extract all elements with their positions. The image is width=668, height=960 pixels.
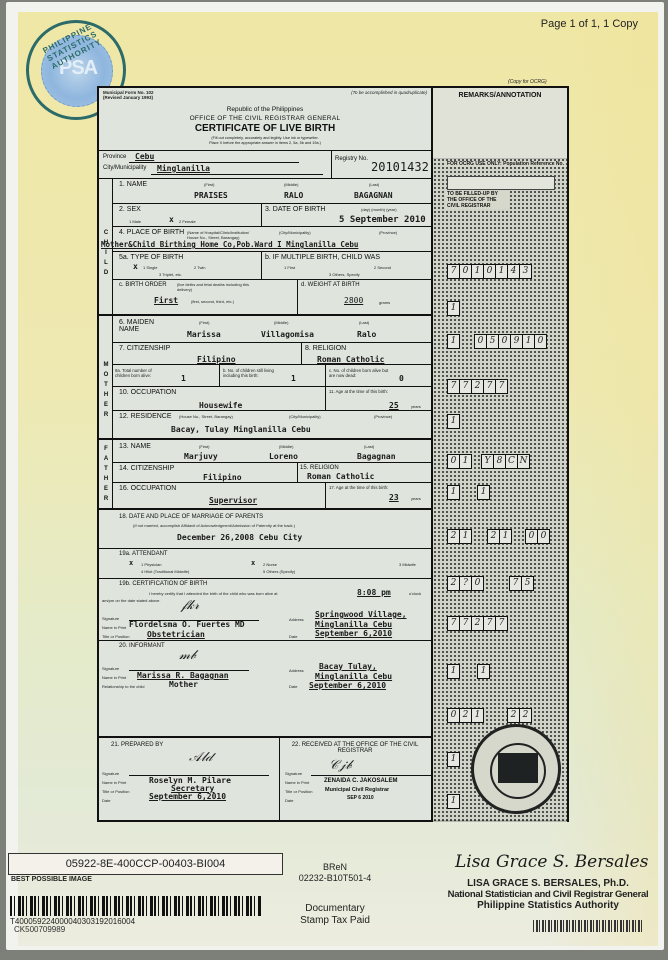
divider	[112, 482, 435, 483]
informant-date: September 6,2010	[309, 681, 386, 690]
residence-label: 12. RESIDENCE	[119, 413, 172, 420]
bren-number: 02232-B10T501-4	[290, 873, 380, 884]
certification-text: I hereby certify that I attended the bir…	[149, 591, 278, 596]
birth-order-label: c. BIRTH ORDER	[119, 282, 167, 288]
attendant-address-2: Minglanilla Cebu	[315, 620, 392, 629]
attendant-others: 5 Others (Specify)	[263, 569, 295, 574]
code-digit: 1	[459, 529, 472, 544]
last-name-hint: (Last)	[364, 444, 374, 449]
remarks-title: REMARKS/ANNOTATION	[433, 92, 567, 99]
residence-city-hint: (City/Municipality)	[289, 414, 321, 419]
stamp-emblem	[498, 753, 538, 783]
place-city-hint: (City/Municipality)	[279, 230, 311, 235]
quadruplicate-note: (To be accomplished in quadruplicate)	[351, 90, 427, 95]
father-age-unit: years	[411, 496, 421, 501]
middle-name-hint: (Middle)	[284, 182, 298, 187]
code-occupation: 01	[447, 454, 471, 469]
child-date-of-birth: 5 September 2010	[339, 215, 426, 225]
attendant-hilot: 4 Hilot (Traditional Midwife)	[141, 569, 189, 574]
oclock-label: o'clock	[409, 591, 421, 596]
divider	[301, 342, 302, 364]
attendant-date: September 6,2010	[315, 629, 392, 638]
divider	[325, 482, 326, 508]
stamp-tax-line-2: Stamp Tax Paid	[290, 915, 380, 927]
date-label: Date	[102, 798, 110, 803]
mother-middle-name: Villagomisa	[261, 330, 314, 339]
code-item: 1	[447, 334, 459, 349]
code-informant: 021	[447, 708, 483, 723]
code-attendant: 2?0	[447, 576, 483, 591]
divider	[297, 279, 298, 314]
code-item: 1	[447, 414, 459, 429]
sex-female-option: 2 Female	[179, 219, 196, 224]
divider	[112, 226, 435, 227]
divider	[99, 438, 431, 440]
middle-name-hint: (Middle)	[279, 444, 293, 449]
first-name-hint: (First)	[199, 320, 209, 325]
relationship-label: Relationship to the child	[102, 684, 144, 689]
registrar-general-signature: Lisa Grace S. Bersales	[455, 852, 648, 872]
stamp-tax-line-1: Documentary	[290, 903, 380, 915]
multiple-first: 1 First	[284, 265, 295, 270]
divider	[261, 251, 262, 279]
mother-citizenship-value: Filipino	[197, 355, 236, 364]
divider	[112, 316, 113, 440]
child-section-label: CHILD	[101, 228, 111, 278]
signature-label: Signature	[102, 771, 119, 776]
residence-value: Bacay, Tulay Minglanilla Cebu	[171, 425, 311, 434]
code-registry: 7010143	[447, 264, 531, 279]
code-digit: 1	[459, 454, 472, 469]
signature-label: Signature	[285, 771, 302, 776]
divider	[331, 150, 332, 178]
last-name-hint: (Last)	[369, 182, 379, 187]
preparer-date: September 6,2010	[149, 792, 226, 801]
father-occupation-label: 16. OCCUPATION	[119, 485, 176, 492]
attendant-midwife: 3 Midwife	[399, 562, 416, 567]
underline	[151, 174, 323, 175]
province-label: Province	[103, 154, 126, 160]
attendant-physician: 1 Physician	[141, 562, 161, 567]
attendant-mark-2: x	[251, 559, 255, 567]
father-name-label: 13. NAME	[119, 443, 151, 450]
marriage-label: 18. DATE AND PLACE OF MARRIAGE OF PARENT…	[119, 514, 263, 520]
address-label: Address	[289, 617, 304, 622]
informant-label: 20. INFORMANT	[119, 643, 165, 649]
code-certification: 77277	[447, 616, 507, 631]
registrar-signature: 𝒞𝒿𝒷	[329, 758, 351, 773]
divider	[99, 548, 431, 549]
mother-religion-value: Roman Catholic	[317, 355, 384, 364]
divider	[279, 738, 280, 820]
code-digit: 1	[447, 334, 460, 349]
bren-block: BReN 02232-B10T501-4	[290, 862, 380, 884]
city-label: City/Municipality	[103, 165, 146, 171]
name-in-print-label: Name in Print	[102, 675, 126, 680]
date-label: Date	[289, 634, 297, 639]
code-digit: 7	[495, 616, 508, 631]
ocrg-title: FOR OCRG USE ONLY: Population Reference …	[445, 161, 566, 167]
mother-occupation-value: Housewife	[199, 401, 242, 410]
title-label: Title or Position	[102, 789, 129, 794]
attendant-nurse: 2 Nurse	[263, 562, 277, 567]
child-name-label: 1. NAME	[119, 181, 147, 188]
divider	[297, 462, 298, 482]
code-date: 050910	[474, 334, 546, 349]
code-digit: 1	[447, 794, 460, 809]
code-digit: 5	[521, 576, 534, 591]
code-digit: 1	[447, 414, 460, 429]
maiden-name-label: 6. MAIDEN NAME	[119, 319, 159, 333]
code-residence: Y8CN	[481, 454, 529, 469]
divider	[112, 440, 113, 508]
remarks-area: REMARKS/ANNOTATION	[433, 88, 567, 159]
bren-label: BReN	[290, 862, 380, 873]
code-digit: 0	[537, 529, 550, 544]
divider	[112, 364, 435, 365]
form-instructions-2: Place X before the appropriate answer in…	[99, 141, 431, 145]
form-title: CERTIFICATE OF LIVE BIRTH	[99, 123, 431, 134]
registrar-name: ZENAIDA C. JAKOSALEM	[324, 778, 397, 784]
code-item: 1	[477, 485, 489, 500]
father-first-name: Marjuvy	[184, 452, 218, 461]
signature-label: Signature	[102, 616, 119, 621]
divider	[112, 462, 435, 463]
code-digit: 1	[447, 301, 460, 316]
living-children-label: b. No. of children still living includin…	[223, 368, 275, 378]
attendant-mark-1: x	[129, 559, 133, 567]
weight-label: d. WEIGHT AT BIRTH	[301, 282, 360, 288]
best-possible-image-label: BEST POSSIBLE IMAGE	[11, 876, 92, 883]
city-value: Minglanilla	[157, 164, 210, 173]
divider	[99, 736, 431, 738]
date-label: Date	[285, 798, 293, 803]
total-children-value: 1	[181, 374, 186, 383]
code-digit: 0	[471, 576, 484, 591]
title-label: Title or Position	[102, 634, 129, 639]
lcr-title: TO BE FILLED-UP BY THE OFFICE OF THE CIV…	[445, 191, 509, 209]
office-label: OFFICE OF THE CIVIL REGISTRAR GENERAL	[99, 115, 431, 122]
page-count-label: Page 1 of 1, 1 Copy	[541, 18, 638, 30]
code-digit: 7	[495, 379, 508, 394]
name-in-print-label: Name in Print	[285, 780, 309, 785]
type-of-birth-label: 5a. TYPE OF BIRTH	[119, 254, 183, 261]
informant-address-2: Minglanilla Cebu	[315, 672, 392, 681]
certification-text-2: am/pm on the date stated above.	[102, 598, 160, 603]
code-marriage-year: 00	[525, 529, 549, 544]
code-digit: 1	[447, 485, 460, 500]
code-digit: N	[517, 454, 530, 469]
type-single: 1 Single	[143, 265, 157, 270]
registry-label: Registry No.	[335, 156, 368, 162]
father-section-label: FATHER	[101, 444, 111, 504]
type-mark: x	[133, 262, 138, 271]
multiple-other: 3 Others, Specify	[329, 272, 360, 277]
father-middle-name: Loreno	[269, 452, 298, 461]
mother-age-label: 11. Age at the time of this birth:	[329, 389, 399, 394]
form-instructions-1: (Fill out completely, accurately and leg…	[99, 136, 431, 140]
informant-relationship: Mother	[169, 680, 198, 689]
father-age-value: 23	[389, 493, 399, 502]
dead-children-value: 0	[399, 374, 404, 383]
attendant-signature: 𝒻𝓀𝓇	[181, 598, 199, 613]
attendant-name: Flordelsma O. Fuertes MD	[129, 620, 245, 629]
code-item: 1	[447, 485, 459, 500]
barcode-icon	[10, 896, 262, 916]
divider	[112, 251, 435, 252]
father-citizenship-value: Filipino	[203, 473, 242, 482]
divider	[325, 386, 326, 410]
divider	[112, 203, 435, 204]
security-code-box: 05922-8E-400CCP-00403-BI004	[8, 853, 283, 875]
child-middle-name: RALO	[284, 191, 303, 200]
marriage-value: December 26,2008 Cebu City	[177, 533, 302, 542]
father-religion-value: Roman Catholic	[307, 472, 374, 481]
prepared-by-label: 21. PREPARED BY	[111, 742, 163, 748]
republic-label: Republic of the Philippines	[99, 106, 431, 113]
registrar-general-name: LISA GRACE S. BERSALES, Ph.D.	[430, 878, 666, 889]
birth-order-value: First	[154, 296, 178, 305]
code-digit: 1	[499, 529, 512, 544]
father-occupation-value: Supervisor	[209, 496, 257, 505]
informant-address-1: Bacay Tulay,	[319, 662, 377, 671]
remarks-column: REMARKS/ANNOTATION FOR OCRG USE ONLY: Po…	[433, 86, 569, 822]
code-item: 1	[447, 664, 459, 679]
total-children-label: 9a. Total number of children born alive:	[115, 368, 159, 378]
type-triplet: 3 Triplet, etc.	[159, 272, 182, 277]
code-item: 1	[447, 794, 459, 809]
preparer-signature: 𝒜𝓁𝒹	[189, 750, 212, 765]
name-in-print-label: Name in Print	[102, 625, 126, 630]
mother-first-name: Marissa	[187, 330, 221, 339]
signature-label: Signature	[102, 666, 119, 671]
residence-province-hint: (Province)	[374, 414, 392, 419]
mother-section-label: MOTHER	[101, 360, 111, 420]
weight-value: 2800	[344, 296, 363, 305]
code-digit: 1	[471, 708, 484, 723]
control-number: CK500709989	[14, 925, 65, 934]
registrar-title: Municipal Civil Registrar	[325, 787, 389, 793]
informant-name: Marissa R. Bagagnan	[137, 671, 229, 680]
middle-name-hint: (Middle)	[274, 320, 288, 325]
attendant-title: Obstetrician	[147, 630, 205, 639]
mother-citizenship-label: 7. CITIZENSHIP	[119, 345, 170, 352]
dead-children-label: c. No. of children born alive but are no…	[329, 368, 389, 378]
birth-order-hint-2: (first, second, third, etc.)	[191, 299, 234, 304]
title-label: Title or Position	[285, 789, 312, 794]
population-reference-box	[447, 176, 555, 190]
code-digit: 0	[534, 334, 547, 349]
child-first-name: PRAISES	[194, 191, 228, 200]
father-last-name: Bagagnan	[357, 452, 396, 461]
dob-label: 3. DATE OF BIRTH	[265, 206, 325, 213]
name-in-print-label: Name in Print	[102, 780, 126, 785]
sex-label: 2. SEX	[119, 206, 141, 213]
underline	[129, 162, 299, 163]
certification-label: 19b. CERTIFICATION OF BIRTH	[119, 581, 207, 587]
registrar-date-stamp: SEP 6 2010	[347, 795, 374, 801]
code-digit: 1	[477, 485, 490, 500]
divider	[99, 178, 431, 179]
code-item: 1	[477, 664, 489, 679]
address-label: Address	[289, 668, 304, 673]
type-twin: 2 Twin	[194, 265, 206, 270]
code-marriage-day: 21	[447, 529, 471, 544]
last-name-hint: (Last)	[359, 320, 369, 325]
divider	[112, 410, 435, 411]
small-barcode-icon	[533, 920, 643, 932]
received-label: 22. RECEIVED AT THE OFFICE OF THE CIVIL …	[285, 742, 425, 754]
dob-columns: (day) (month) (year)	[361, 207, 397, 212]
code-citizenship: 77277	[447, 379, 507, 394]
sex-male-option: 1 Male	[129, 219, 141, 224]
first-name-hint: (First)	[199, 444, 209, 449]
divider	[261, 203, 262, 226]
multiple-birth-label: b. IF MULTIPLE BIRTH, CHILD WAS	[265, 254, 380, 261]
place-of-birth-label: 4. PLACE OF BIRTH	[119, 229, 184, 236]
father-citizenship-label: 14. CITIZENSHIP	[119, 465, 174, 472]
stamp-tax-block: Documentary Stamp Tax Paid	[290, 903, 380, 927]
place-province-hint: (Province)	[379, 230, 397, 235]
form-revised: (Revised January 1993)	[103, 95, 153, 100]
code-item: 1	[447, 752, 459, 767]
place-hint: (Name of Hospital/Clinic/Institution/ Ho…	[187, 230, 257, 240]
divider	[99, 640, 431, 641]
code-attendant-type: 75	[509, 576, 533, 591]
underline	[311, 775, 431, 776]
mother-occupation-label: 10. OCCUPATION	[119, 389, 176, 396]
municipal-registrar-stamp-icon	[471, 724, 561, 814]
divider	[325, 364, 326, 386]
birth-order-hint: (live births and fetal deaths including …	[177, 282, 257, 292]
living-children-value: 1	[291, 374, 296, 383]
divider	[112, 386, 435, 387]
divider	[219, 364, 220, 386]
weight-unit: grams	[379, 300, 390, 305]
code-digit: 1	[447, 752, 460, 767]
first-name-hint: (First)	[204, 182, 214, 187]
copy-for-label: (Copy for OCRG)	[508, 79, 547, 85]
code-digit: 3	[519, 264, 532, 279]
mother-religion-label: 8. RELIGION	[305, 345, 346, 352]
attendant-label: 19a. ATTENDANT	[119, 551, 168, 557]
divider	[99, 150, 431, 151]
birth-certificate-form: Municipal Form No. 102 (Revised January …	[97, 86, 433, 822]
attendant-address-1: Springwood Village,	[315, 610, 407, 619]
registrar-general-org: Philippine Statistics Authority	[430, 900, 666, 911]
divider	[99, 508, 431, 510]
code-item: 1	[447, 301, 459, 316]
code-marriage-month: 21	[487, 529, 511, 544]
multiple-second: 2 Second	[374, 265, 391, 270]
code-informant-rel: 22	[507, 708, 531, 723]
divider	[112, 342, 435, 343]
father-religion-label: 15. RELIGION	[300, 465, 339, 471]
mother-age-value: 25	[389, 401, 399, 410]
place-of-birth-value: Mother&Child Birthing Home Co,Pob.Ward I…	[101, 240, 358, 249]
registry-number: 20101432	[371, 160, 429, 174]
date-label: Date	[289, 684, 297, 689]
code-digit: 2	[519, 708, 532, 723]
father-age-label: 17. Age at the time of this birth:	[329, 485, 399, 490]
code-digit: 1	[447, 664, 460, 679]
child-last-name: BAGAGNAN	[354, 191, 393, 200]
divider	[99, 578, 431, 579]
divider	[99, 314, 431, 316]
divider	[112, 279, 435, 280]
province-value: Cebu	[135, 152, 154, 161]
sex-mark: x	[169, 215, 174, 224]
marriage-hint: (If not married, accomplish Affidavit of…	[133, 523, 295, 528]
mother-last-name: Ralo	[357, 330, 376, 339]
mother-age-unit: years	[411, 404, 421, 409]
informant-signature: 𝓂𝒷	[179, 648, 196, 663]
code-digit: 1	[477, 664, 490, 679]
registrar-general-title: National Statistician and Civil Registra…	[430, 889, 666, 900]
birth-time-value: 8:08 pm	[357, 588, 391, 597]
residence-hint: (House No., Street, Barangay)	[179, 414, 233, 419]
